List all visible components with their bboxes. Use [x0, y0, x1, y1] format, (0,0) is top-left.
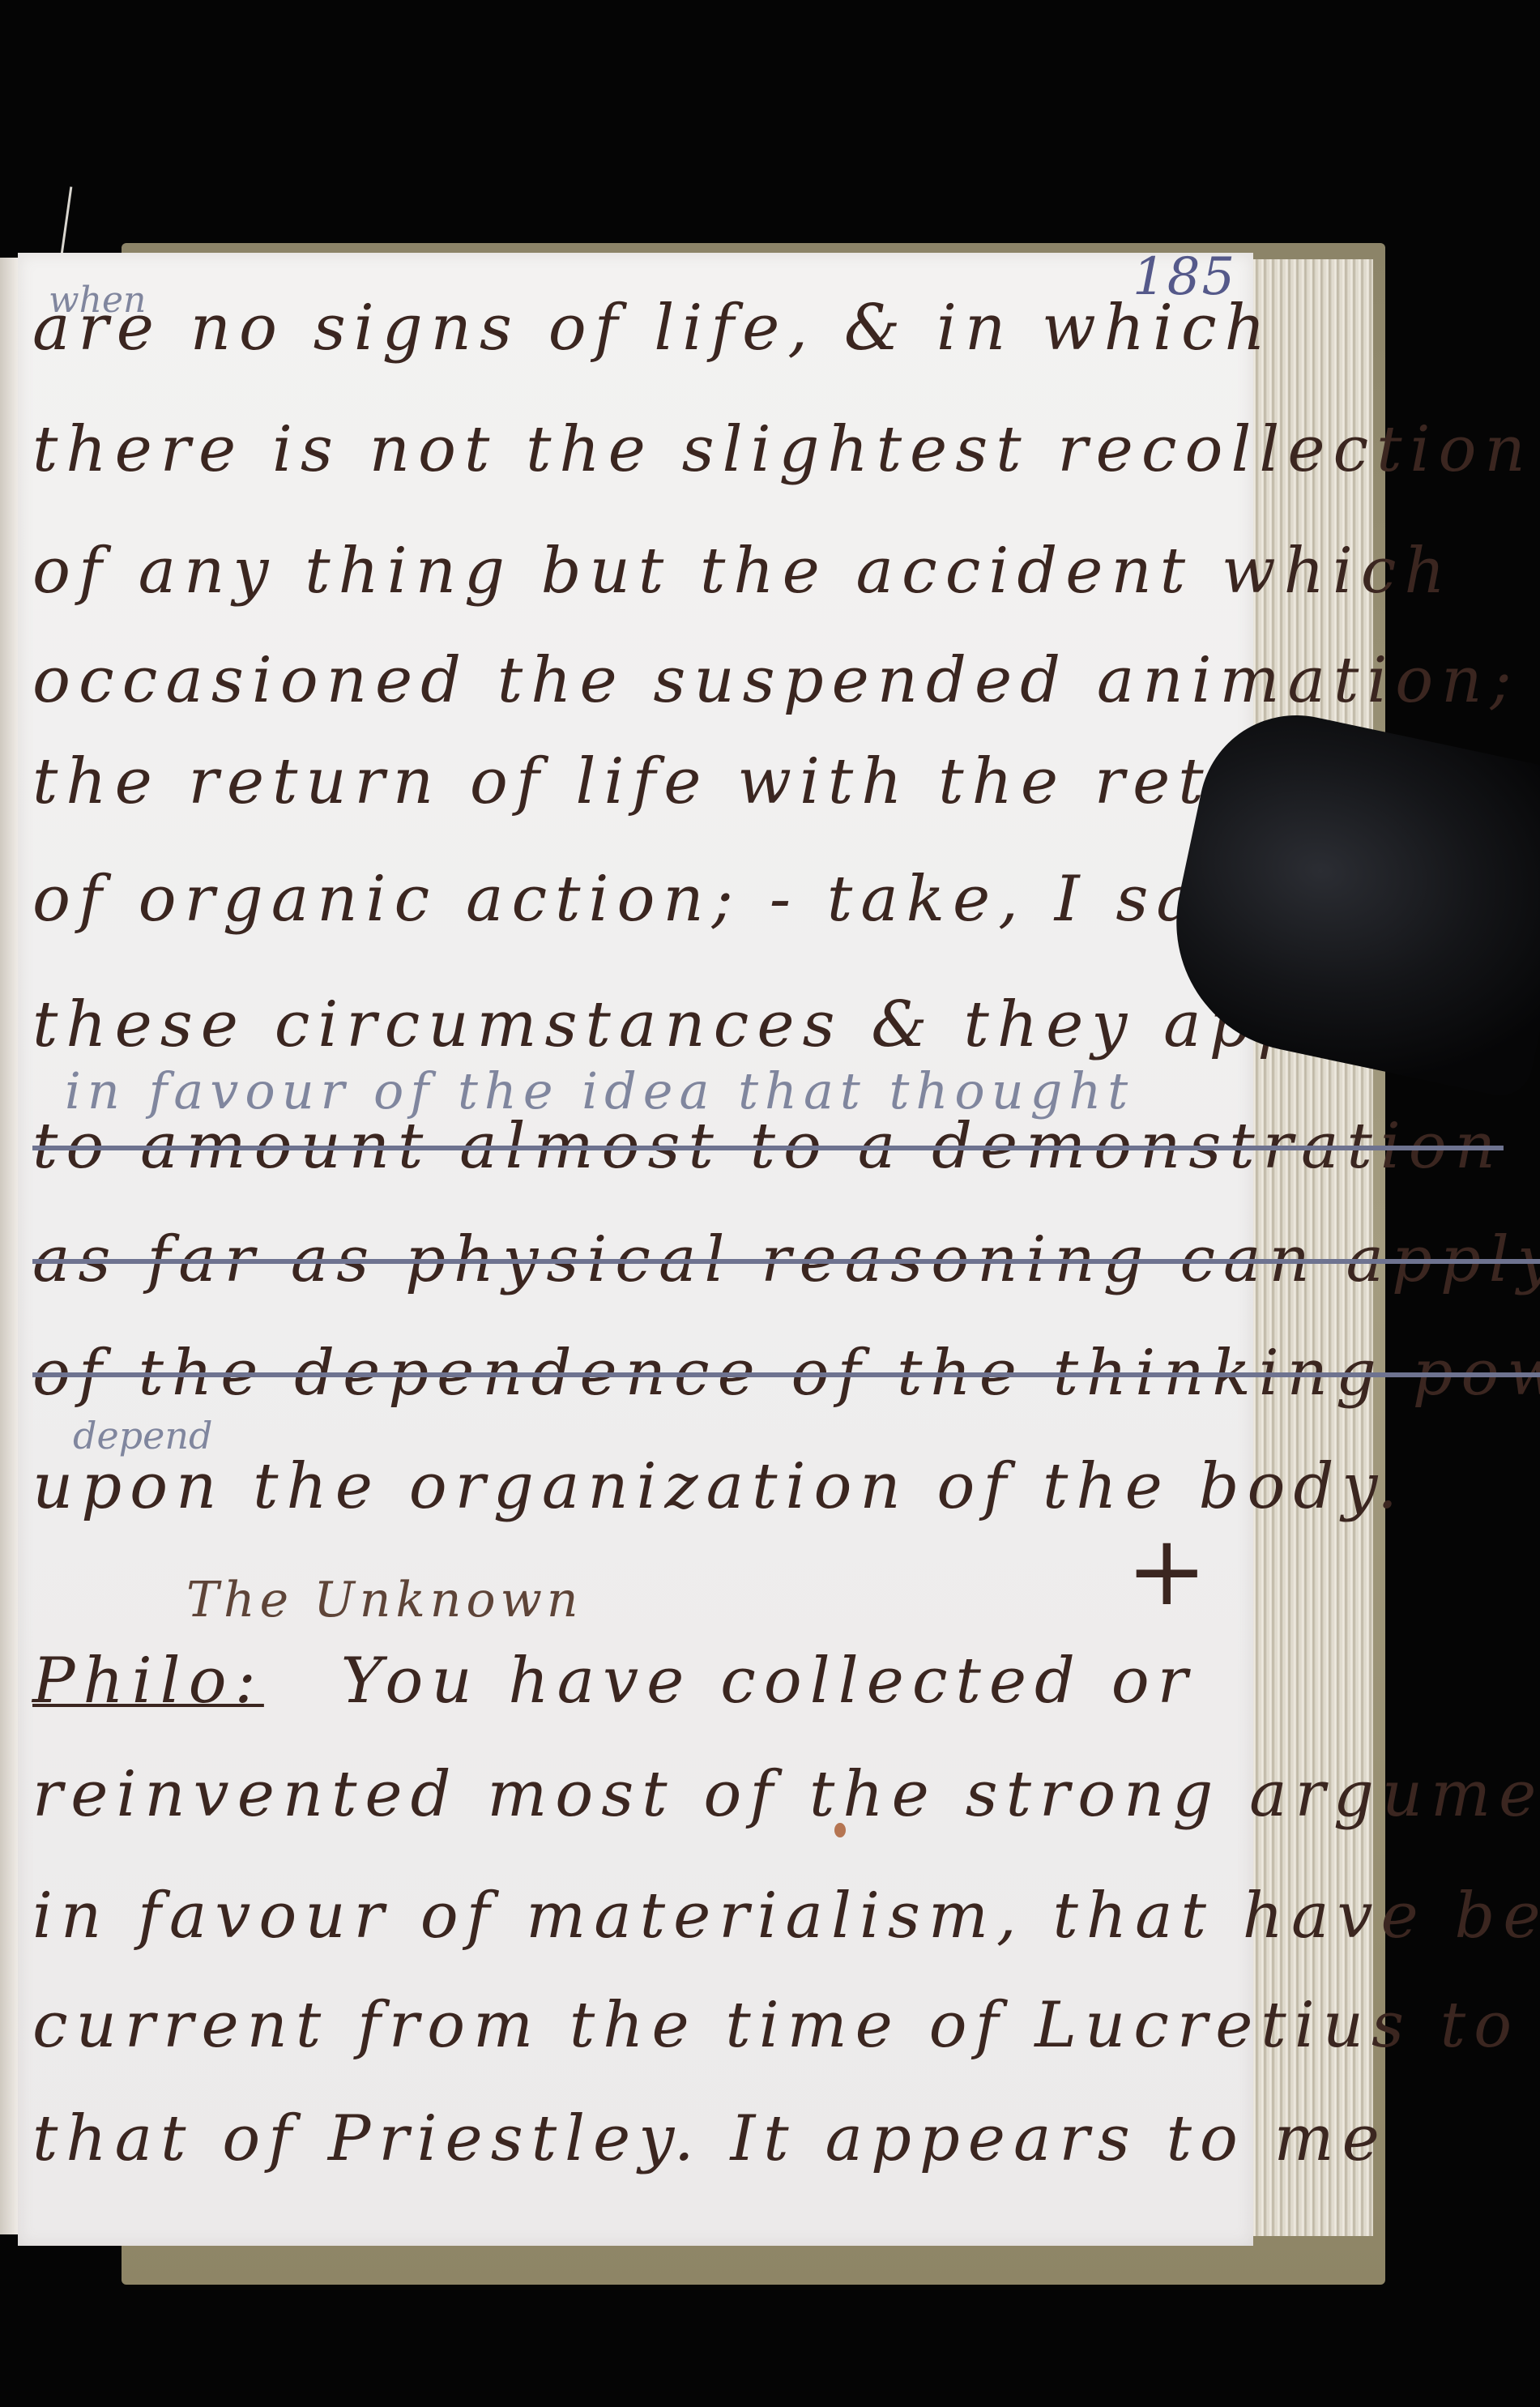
- ink-stain: [834, 1823, 846, 1837]
- cross-mark: +: [1126, 1515, 1208, 1628]
- heading-the-unknown: The Unknown: [186, 1572, 583, 1628]
- dialogue-text: You have collected or: [341, 1645, 1196, 1718]
- text-line: reinvented most of the strong arguments: [32, 1758, 1540, 1831]
- struck-text-line: to amount almost to a demonstration: [32, 1110, 1504, 1183]
- text-line: of any thing but the accident which: [32, 535, 1453, 608]
- text-line: current from the time of Lucretius to: [32, 1989, 1520, 2062]
- text-line: there is not the slightest recollection: [32, 413, 1534, 486]
- struck-text-line: as far as physical reasoning can apply: [32, 1223, 1540, 1296]
- facing-page-edge: [0, 258, 19, 2234]
- text-line: in favour of materialism, that have been: [32, 1880, 1540, 1952]
- text-line: the return of life with the return: [32, 745, 1347, 818]
- text-line: are no signs of life, & in which: [32, 292, 1273, 365]
- speaker-label: Philo:: [32, 1645, 264, 1718]
- text-line: occasioned the suspended animation;: [32, 644, 1520, 717]
- dialogue-line: Philo: You have collected or: [32, 1645, 1196, 1718]
- text-line: upon the organization of the body.: [32, 1450, 1406, 1523]
- text-line: that of Priestley. It appears to me: [32, 2102, 1388, 2175]
- struck-text-line: of the dependence of the thinking powers…: [32, 1337, 1540, 1410]
